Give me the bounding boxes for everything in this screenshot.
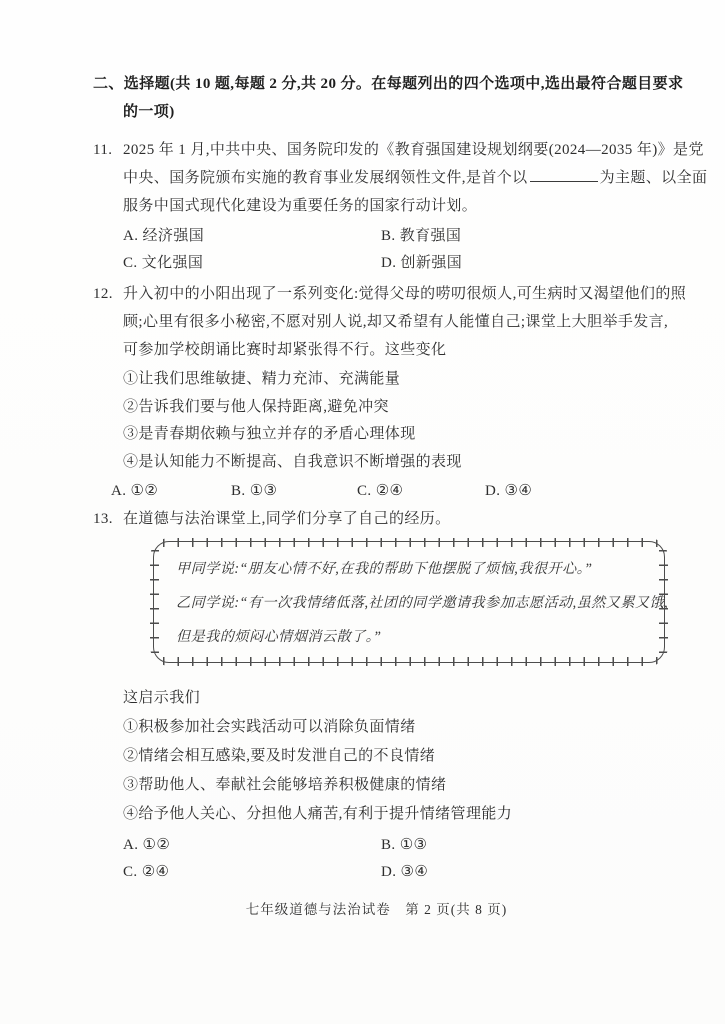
question-11-line-2-text: 中央、国务院颁布实施的教育事业发展纲领性文件,是首个以 <box>123 170 528 186</box>
question-11-options: A. 经济强国 B. 教育强国 C. 文化强国 D. 创新强国 <box>93 223 665 277</box>
q13-option-c: C. ②④ <box>123 859 381 886</box>
q13-statement-1: ①积极参加社会实践活动可以消除负面情绪 <box>123 713 665 742</box>
question-12: 12. 升入初中的小阳出现了一系列变化:觉得父母的唠叨很烦人,可生病时又渴望他们… <box>93 280 665 364</box>
question-12-statements: ①让我们思维敏捷、精力充沛、充满能量 ②告诉我们要与他人保持距离,避免冲突 ③是… <box>93 366 665 476</box>
q12-option-c: C. ②④ <box>357 478 485 505</box>
question-11: 11. 2025 年 1 月,中共中央、国务院印发的《教育强国建设规划纲要(20… <box>93 136 665 220</box>
student-b-quote-line-1: 乙同学说:“有一次我情绪低落,社团的同学邀请我参加志愿活动,虽然又累又饿, <box>176 586 646 620</box>
question-12-line-3: 可参加学校朗诵比赛时却紧张得不行。这些变化 <box>123 336 665 364</box>
student-quotes-box: 甲同学说:“朋友心情不好,在我的帮助下他摆脱了烦恼,我很开心。” 乙同学说:“有… <box>153 541 665 663</box>
fill-in-blank <box>530 167 598 182</box>
student-a-quote: 甲同学说:“朋友心情不好,在我的帮助下他摆脱了烦恼,我很开心。” <box>176 552 646 586</box>
q12-statement-1: ①让我们思维敏捷、精力充沛、充满能量 <box>123 366 665 394</box>
q11-option-c: C. 文化强国 <box>123 250 381 277</box>
q13-option-b: B. ①③ <box>381 832 665 859</box>
question-13-lead: 这启示我们 <box>123 684 665 712</box>
q11-option-a: A. 经济强国 <box>123 223 381 250</box>
q12-option-b: B. ①③ <box>231 478 357 505</box>
q12-option-d: D. ③④ <box>485 478 665 505</box>
question-13-number: 13. <box>93 505 123 533</box>
q12-statement-2: ②告诉我们要与他人保持距离,避免冲突 <box>123 394 665 422</box>
q12-option-a: A. ①② <box>111 478 231 505</box>
question-11-line-3: 服务中国式现代化建设为重要任务的国家行动计划。 <box>123 192 665 220</box>
q13-statement-2: ②情绪会相互感染,要及时发泄自己的不良情绪 <box>123 742 665 771</box>
q13-statement-4: ④给予他人关心、分担他人痛苦,有利于提升情绪管理能力 <box>123 800 665 829</box>
question-11-line-1: 2025 年 1 月,中共中央、国务院印发的《教育强国建设规划纲要(2024—2… <box>123 136 665 164</box>
q12-statement-4: ④是认知能力不断提高、自我意识不断增强的表现 <box>123 449 665 477</box>
q13-option-a: A. ①② <box>123 832 381 859</box>
section-heading: 二、选择题(共 10 题,每题 2 分,共 20 分。在每题列出的四个选项中,选… <box>93 70 665 126</box>
question-13-options: A. ①② B. ①③ C. ②④ D. ③④ <box>93 832 665 886</box>
question-11-line-2-text-after: 为主题、以全面 <box>600 170 708 186</box>
question-13-stem: 在道德与法治课堂上,同学们分享了自己的经历。 <box>123 505 665 533</box>
question-11-line-2: 中央、国务院颁布实施的教育事业发展纲领性文件,是首个以为主题、以全面 <box>123 164 665 192</box>
page-footer: 七年级道德与法治试卷 第 2 页(共 8 页) <box>0 898 725 918</box>
section-heading-line-1: 二、选择题(共 10 题,每题 2 分,共 20 分。在每题列出的四个选项中,选… <box>93 70 665 98</box>
student-b-quote-line-2: 但是我的烦闷心情烟消云散了。” <box>176 620 646 654</box>
question-12-number: 12. <box>93 280 123 308</box>
question-13: 13. 在道德与法治课堂上,同学们分享了自己的经历。 甲同学说:“朋友心情不好,… <box>93 505 665 829</box>
question-12-line-2: 顾;心里有很多小秘密,不愿对别人说,却又希望有人能懂自己;课堂上大胆举手发言, <box>123 308 665 336</box>
q13-statement-3: ③帮助他人、奉献社会能够培养积极健康的情绪 <box>123 771 665 800</box>
question-12-options: A. ①② B. ①③ C. ②④ D. ③④ <box>93 478 665 505</box>
q11-option-d: D. 创新强国 <box>381 250 665 277</box>
q11-option-b: B. 教育强国 <box>381 223 665 250</box>
section-heading-line-2: 的一项) <box>93 98 665 126</box>
q12-statement-3: ③是青春期依赖与独立并存的矛盾心理体现 <box>123 421 665 449</box>
exam-page: 二、选择题(共 10 题,每题 2 分,共 20 分。在每题列出的四个选项中,选… <box>0 0 725 1024</box>
question-11-number: 11. <box>93 136 123 164</box>
question-13-statements: ①积极参加社会实践活动可以消除负面情绪 ②情绪会相互感染,要及时发泄自己的不良情… <box>123 713 665 829</box>
question-12-line-1: 升入初中的小阳出现了一系列变化:觉得父母的唠叨很烦人,可生病时又渴望他们的照 <box>123 280 665 308</box>
q13-option-d: D. ③④ <box>381 859 665 886</box>
